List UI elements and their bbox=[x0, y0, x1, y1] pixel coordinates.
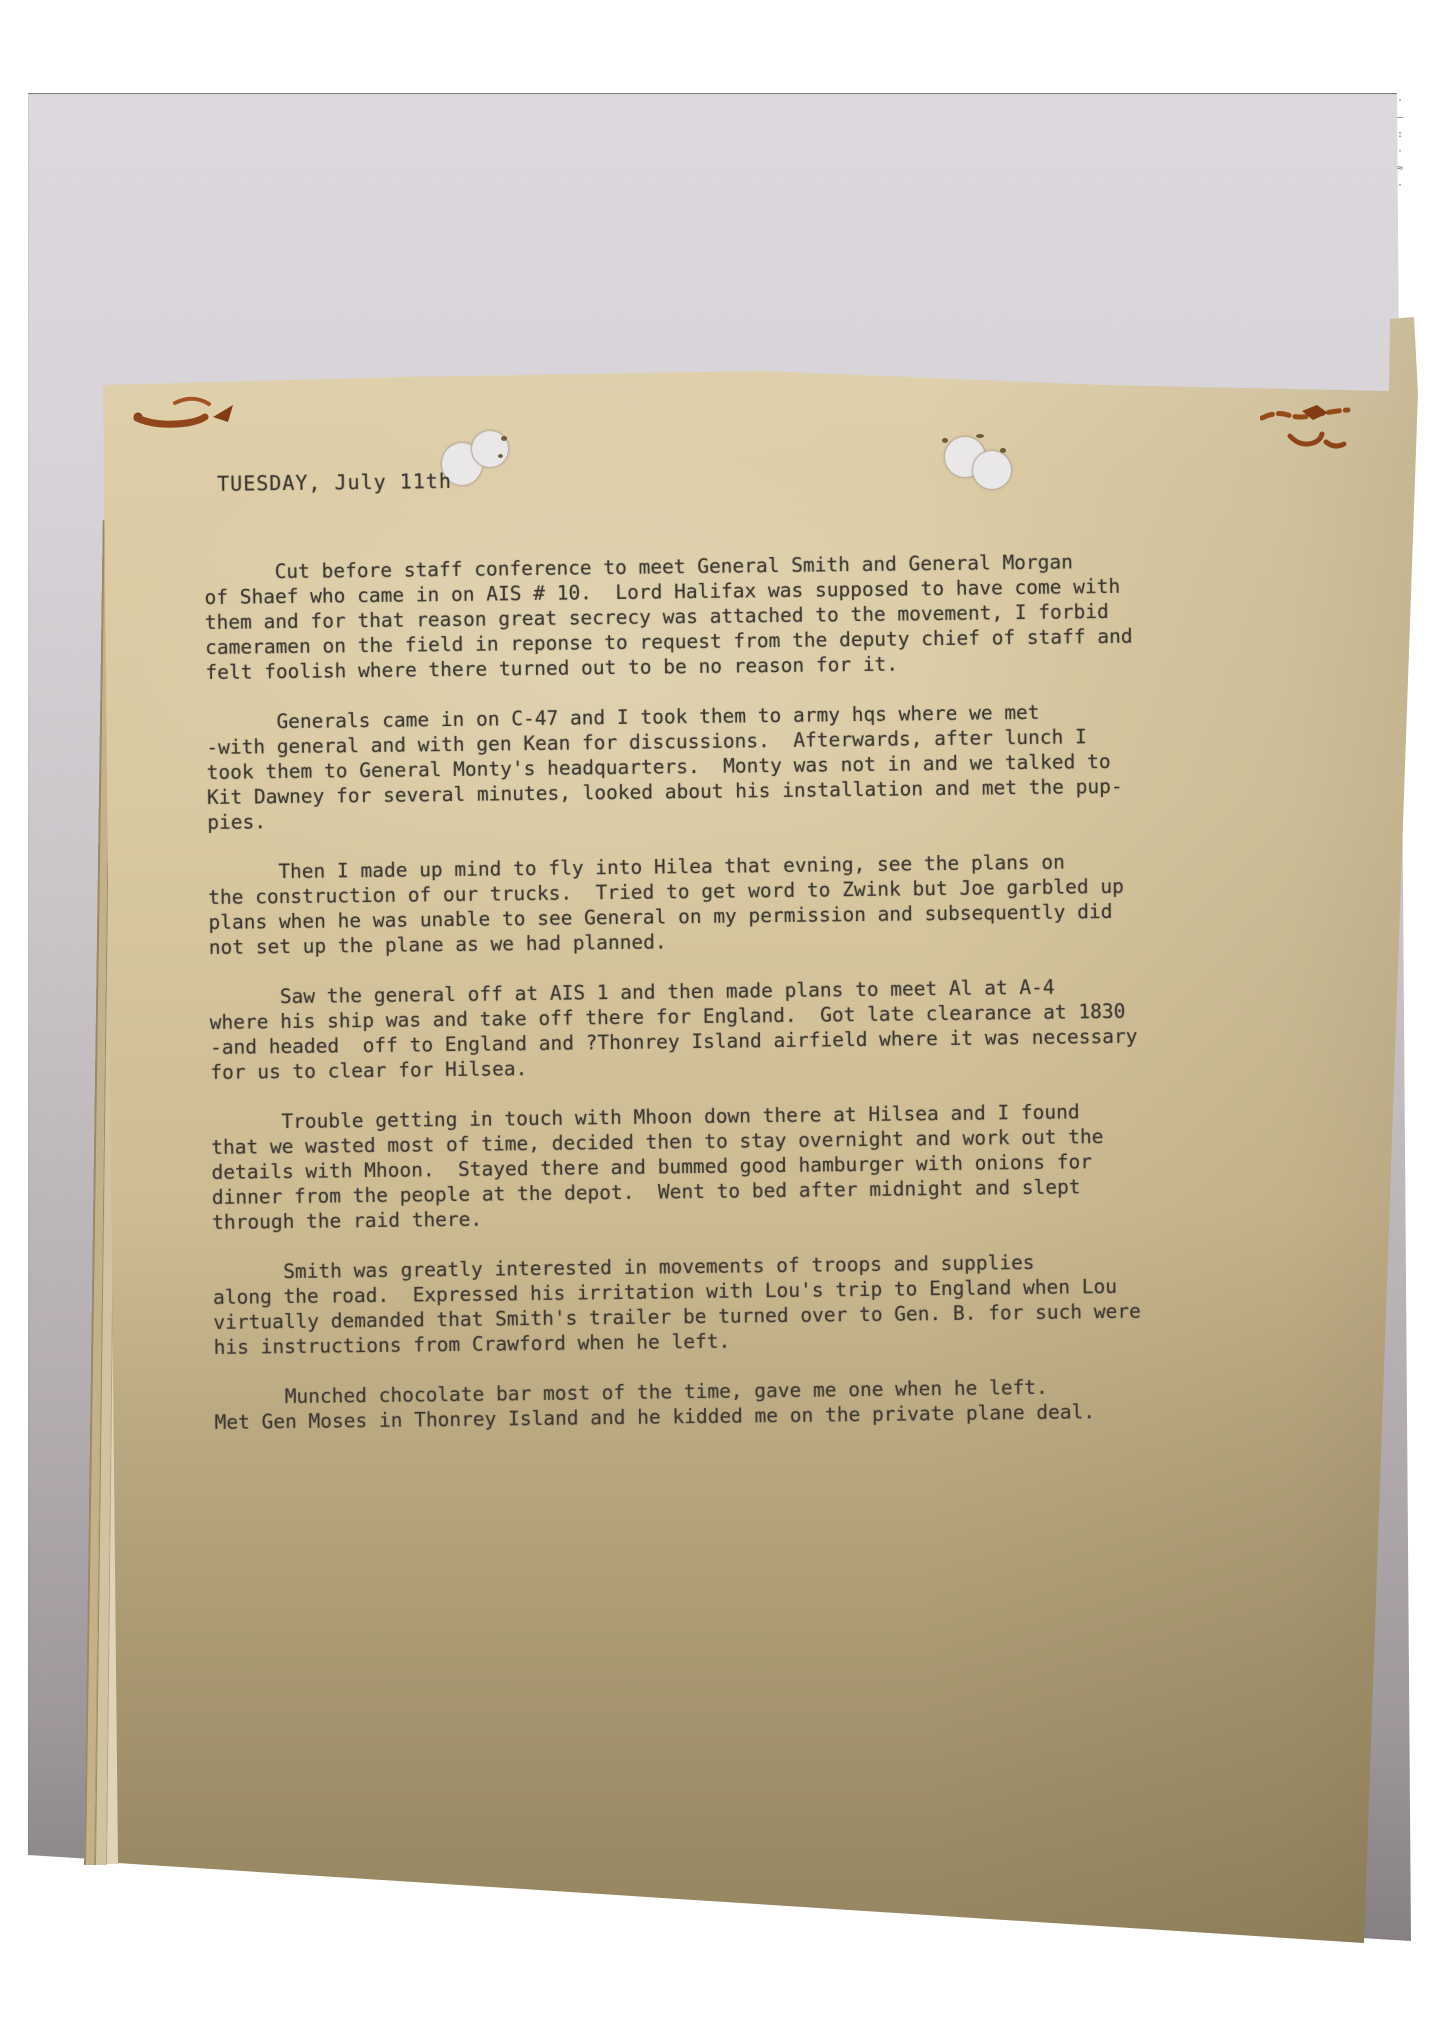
paragraph: Cut before staff conference to meet Gene… bbox=[204, 548, 1205, 685]
edge-mark: – bbox=[1397, 113, 1403, 123]
edge-mark: · bbox=[1397, 96, 1403, 106]
scanned-diary-page: ·–:·≈· TUESDAY, July 11th Cut before bbox=[0, 0, 1440, 2038]
paragraph: Smith was greatly interested in movement… bbox=[213, 1248, 1214, 1360]
torn-edge-speck bbox=[976, 434, 984, 438]
typed-paragraphs: Cut before staff conference to meet Gene… bbox=[204, 548, 1215, 1435]
paragraph: Saw the general off at AIS 1 and then ma… bbox=[209, 973, 1210, 1085]
paragraph: Generals came in on C-47 and I took them… bbox=[206, 698, 1207, 835]
torn-edge-speck bbox=[498, 454, 503, 458]
edge-mark: ≈ bbox=[1397, 164, 1403, 174]
rust-stain-right bbox=[1260, 398, 1358, 454]
edge-mark: · bbox=[1397, 181, 1403, 191]
torn-edge-speck bbox=[501, 436, 507, 441]
paragraph: Munched chocolate bar most of the time, … bbox=[214, 1373, 1215, 1435]
torn-edge-speck bbox=[1000, 448, 1006, 453]
typed-text-block: TUESDAY, July 11th Cut before staff conf… bbox=[203, 460, 1215, 1460]
edge-mark: · bbox=[1397, 147, 1403, 157]
torn-edge-speck bbox=[942, 438, 948, 443]
edge-mark: : bbox=[1397, 130, 1403, 140]
rust-stain-left bbox=[133, 390, 241, 438]
paragraph: Then I made up mind to fly into Hilea th… bbox=[208, 848, 1209, 960]
paragraph: Trouble getting in touch with Mhoon down… bbox=[211, 1098, 1212, 1235]
faint-edge-markings: ·–:·≈· bbox=[1394, 96, 1406, 191]
